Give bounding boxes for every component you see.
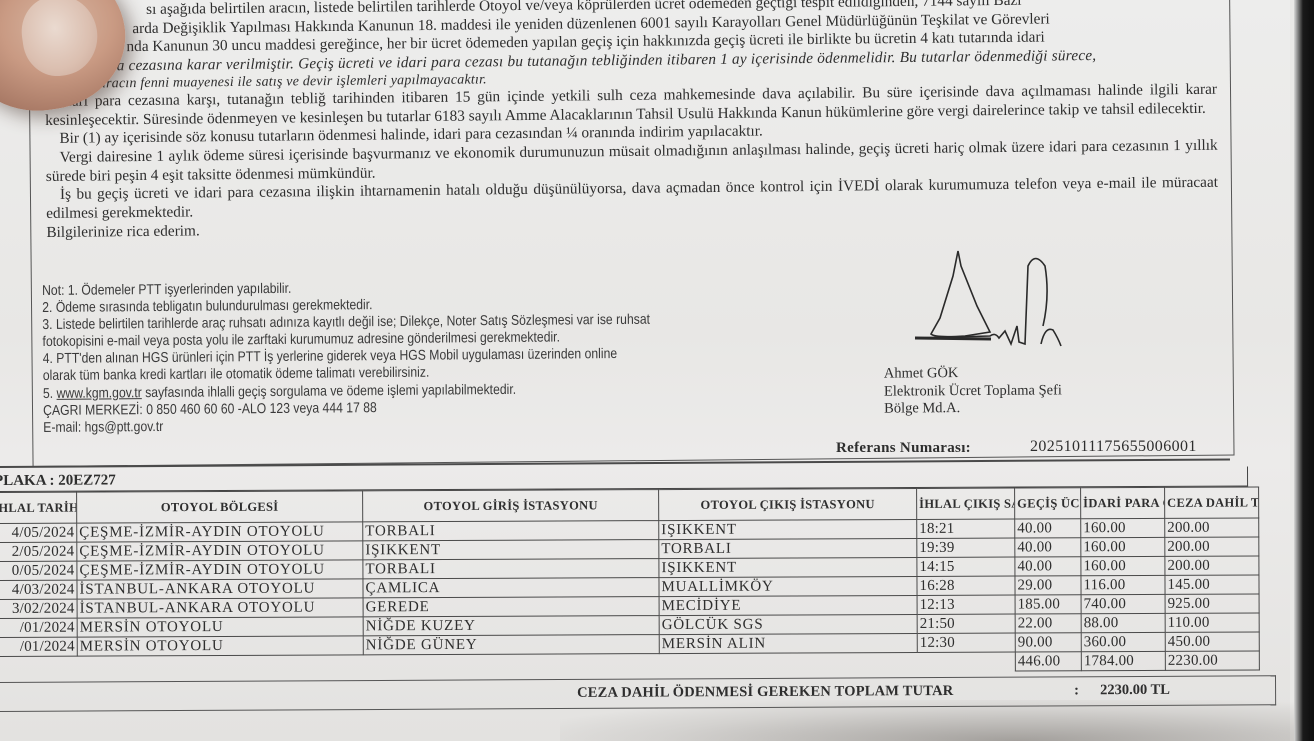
cell-total: 110.00	[1165, 613, 1259, 632]
cell-exit: GÖLCÜK SGS	[659, 614, 917, 634]
cell-time: 21:50	[917, 614, 1015, 633]
cell-entry: TORBALI	[363, 559, 659, 579]
kgm-website-link[interactable]: www.kgm.gov.tr	[56, 385, 141, 402]
totals-spacer	[0, 652, 1015, 675]
cell-time: 18:21	[917, 519, 1015, 538]
cell-entry: TORBALI	[363, 521, 659, 541]
cell-date: /01/2024	[0, 637, 77, 656]
total-total: 2230.00	[1165, 651, 1259, 670]
cell-entry: IŞIKKENT	[363, 540, 659, 560]
cell-entry: GEREDE	[363, 597, 659, 617]
cell-date: 2/05/2024	[0, 542, 77, 561]
col-header-fine: İDARİ PARA CEZASI TL	[1081, 487, 1165, 518]
violations-table: İHLAL TARİHİ OTOYOL BÖLGESİ OTOYOL GİRİŞ…	[0, 486, 1260, 676]
cell-exit: IŞIKKENT	[659, 519, 917, 539]
cell-region: ÇEŞME-İZMİR-AYDIN OTOYOLU	[77, 541, 363, 561]
violations-table-wrap: PLAKA : 20EZ727 İHLAL TARİHİ OTOYOL BÖLG…	[0, 466, 1269, 676]
col-header-fee: GEÇİŞ ÜCRETİ TL	[1015, 488, 1081, 519]
col-header-date: İHLAL TARİHİ	[0, 492, 77, 523]
paper-document: sı aşağıda belirtilen aracın, listede be…	[0, 0, 1290, 741]
cell-total: 925.00	[1165, 594, 1259, 613]
col-header-time: İHLAL ÇIKIŞ SAATİ	[917, 488, 1015, 519]
cell-fine: 116.00	[1081, 575, 1165, 594]
cell-date: 0/05/2024	[0, 561, 77, 580]
cell-date: 4/03/2024	[0, 580, 77, 599]
cell-region: ÇEŞME-İZMİR-AYDIN OTOYOLU	[77, 560, 363, 580]
col-header-exit: OTOYOL ÇIKIŞ İSTASYONU	[659, 488, 917, 520]
grand-total-value: 2230.00 TL	[1100, 682, 1170, 699]
note-5-text: sayfasında ihlalli geçiş sorgulama ve öd…	[145, 381, 516, 400]
col-header-total: CEZA DAHİL TOPLAM TL	[1165, 487, 1259, 518]
signer-title: Elektronik Ücret Toplama Şefi	[884, 382, 1062, 401]
cell-exit: MECİDİYE	[659, 595, 917, 615]
cell-exit: IŞIKKENT	[659, 557, 917, 577]
cell-exit: TORBALI	[659, 538, 917, 558]
cell-date: /01/2024	[0, 618, 77, 637]
cell-time: 19:39	[917, 538, 1015, 557]
cell-time: 12:30	[917, 633, 1015, 652]
cell-time: 14:15	[917, 557, 1015, 576]
notice-body: sı aşağıda belirtilen aracın, listede be…	[44, 0, 1218, 242]
note-5-prefix: 5.	[43, 385, 53, 401]
cell-fine: 360.00	[1081, 632, 1165, 651]
signer-unit: Bölge Md.A.	[884, 399, 1062, 418]
cell-entry: NİĞDE KUZEY	[363, 616, 659, 636]
cell-total: 145.00	[1165, 575, 1259, 594]
cell-fine: 88.00	[1081, 613, 1165, 632]
col-header-region: OTOYOL BÖLGESİ	[77, 491, 363, 523]
cell-entry: ÇAMLICA	[363, 578, 659, 598]
cell-total: 450.00	[1165, 632, 1259, 651]
cell-time: 12:13	[917, 595, 1015, 614]
cell-exit: MUALLİMKÖY	[659, 576, 917, 596]
cell-region: MERSİN OTOYOLU	[77, 617, 363, 637]
cell-fee: 40.00	[1015, 538, 1081, 557]
cell-total: 200.00	[1165, 518, 1259, 537]
cell-entry: NİĞDE GÜNEY	[363, 635, 659, 655]
cell-region: ÇEŞME-İZMİR-AYDIN OTOYOLU	[77, 522, 363, 542]
cell-fine: 740.00	[1081, 594, 1165, 613]
cell-region: MERSİN OTOYOLU	[77, 636, 363, 656]
background-edge	[1294, 0, 1314, 741]
total-fee: 446.00	[1015, 652, 1081, 671]
cell-total: 200.00	[1165, 537, 1259, 556]
cell-fee: 40.00	[1015, 519, 1081, 538]
reference-number: 20251011175655006001	[1030, 438, 1197, 456]
cell-time: 16:28	[917, 576, 1015, 595]
paper-shadow	[560, 700, 1314, 741]
notes-section: Not: 1. Ödemeler PTT işyerlerinden yapıl…	[42, 277, 731, 437]
total-fine: 1784.00	[1081, 651, 1165, 670]
cell-date: 3/02/2024	[0, 599, 77, 618]
cell-fee: 90.00	[1015, 633, 1081, 652]
cell-region: İSTANBUL-ANKARA OTOYOLU	[77, 598, 363, 618]
grand-total-colon: :	[1074, 682, 1079, 699]
signer-name: Ahmet GÖK	[884, 364, 1062, 383]
cell-date: 4/05/2024	[0, 523, 77, 542]
cell-fee: 29.00	[1015, 576, 1081, 595]
signer-block: Ahmet GÖK Elektronik Ücret Toplama Şefi …	[884, 364, 1062, 418]
signature-icon	[895, 246, 1065, 356]
cell-region: İSTANBUL-ANKARA OTOYOLU	[77, 579, 363, 599]
cell-fine: 160.00	[1081, 537, 1165, 556]
cell-exit: MERSİN ALIN	[659, 633, 917, 653]
cell-total: 200.00	[1165, 556, 1259, 575]
cell-fee: 185.00	[1015, 595, 1081, 614]
reference-label: Referans Numarası:	[836, 440, 971, 457]
cell-fine: 160.00	[1081, 556, 1165, 575]
cell-fine: 160.00	[1081, 518, 1165, 537]
cell-fee: 40.00	[1015, 557, 1081, 576]
col-header-entry: OTOYOL GİRİŞ İSTASYONU	[363, 490, 659, 522]
cell-fee: 22.00	[1015, 614, 1081, 633]
thumbnail	[17, 0, 102, 80]
